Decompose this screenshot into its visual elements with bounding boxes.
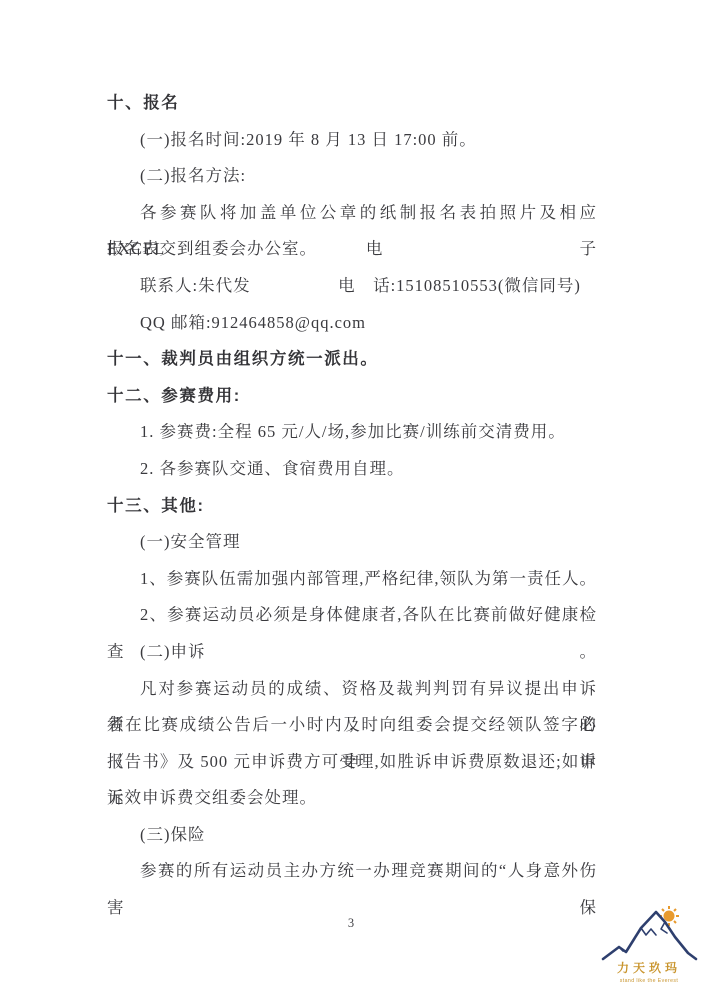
section-heading-10-registration: 十、报名 (107, 85, 597, 122)
para-appeal-line2: 须在比赛成绩公告后一小时内及时向组委会提交经领队签字的《申诉 (107, 707, 597, 744)
para-registration-detail-line1: 各参赛队将加盖单位公章的纸制报名表拍照片及相应 EXCEL 电子 (107, 195, 597, 232)
para-appeal-line3: 报告书》及 500 元申诉费方可受理,如胜诉申诉费原数退还;如申诉 (107, 744, 597, 781)
mountain-icon (603, 912, 696, 959)
para-appeal-line4: 无效申诉费交组委会处理。 (107, 780, 597, 817)
document-body: 十、报名 (一)报名时间:2019 年 8 月 13 日 17:00 前。 (二… (107, 85, 597, 890)
para-fee-item-1: 1. 参赛费:全程 65 元/人/场,参加比赛/训练前交清费用。 (107, 414, 597, 451)
company-watermark-logo: 力天玖玛 stand like the Everest (599, 902, 699, 988)
section-heading-11-referees: 十一、裁判员由组织方统一派出。 (107, 341, 597, 378)
logo-chinese-text: 力天玖玛 (617, 960, 681, 975)
para-insurance-line1: 参赛的所有运动员主办方统一办理竞赛期间的“人身意外伤害保 (107, 853, 597, 890)
para-qq-email: QQ 邮箱:912464858@qq.com (107, 305, 597, 342)
para-fee-item-2: 2. 各参赛队交通、食宿费用自理。 (107, 451, 597, 488)
logo-tagline: stand like the Everest (620, 978, 679, 984)
para-contact-person-and-phone: 联系人:朱代发 电 话:15108510553(微信同号) (107, 268, 597, 305)
para-appeal-line1: 凡对参赛运动员的成绩、资格及裁判判罚有异议提出申诉者,必 (107, 671, 597, 708)
document-page: 十、报名 (一)报名时间:2019 年 8 月 13 日 17:00 前。 (二… (0, 0, 702, 993)
para-safety-item-2: 2、参赛运动员必须是身体健康者,各队在比赛前做好健康检查。 (107, 597, 597, 634)
para-registration-method: (二)报名方法: (107, 158, 597, 195)
section-heading-12-fees: 十二、参赛费用: (107, 378, 597, 415)
para-safety-item-1: 1、参赛队伍需加强内部管理,严格纪律,领队为第一责任人。 (107, 561, 597, 598)
para-registration-time: (一)报名时间:2019 年 8 月 13 日 17:00 前。 (107, 122, 597, 159)
section-heading-13-others: 十三、其他: (107, 488, 597, 525)
para-safety-management-heading: (一)安全管理 (107, 524, 597, 561)
page-number: 3 (0, 913, 702, 933)
para-insurance-heading: (三)保险 (107, 817, 597, 854)
